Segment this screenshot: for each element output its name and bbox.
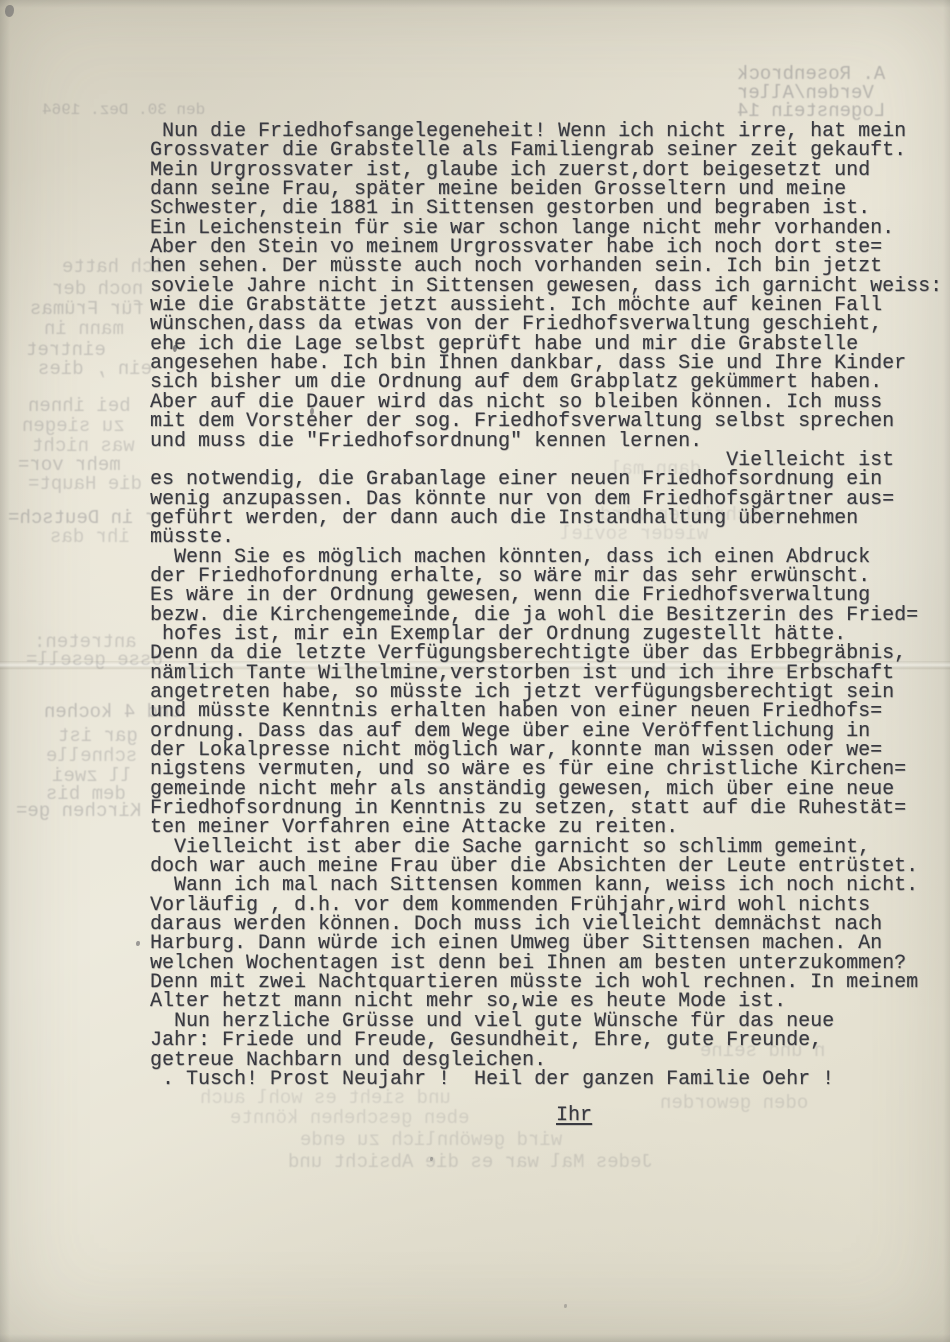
paper-edge-shadow-top: [0, 0, 950, 8]
letter-line: es notwendig, die Grabanlage einer neuen…: [150, 470, 942, 489]
letter-line: Es wäre in der Ordnung gewesen, wenn die…: [150, 586, 942, 605]
letter-line: wenig anzupassen. Das könnte nur von dem…: [150, 490, 942, 509]
letter-line: Alter hetzt mann nicht mehr so,wie es he…: [150, 992, 942, 1011]
letter-line: hen sehen. Der müsste auch noch vorhande…: [150, 257, 942, 276]
bleed-fragment: mann in: [44, 318, 124, 340]
letter-line: nigstens vermuten, und so wäre es für ei…: [150, 760, 942, 779]
bleed-fragment: Jedes Mal war es die Absicht und: [288, 1151, 653, 1173]
letter-line: Harburg. Dann würde ich einen Umweg über…: [150, 934, 942, 953]
letter-page: A. RosenbrockVerden/AllerLogenstein 14de…: [0, 0, 950, 1342]
signature-closing: Ihr: [556, 1104, 592, 1127]
bleed-fragment: für Frümas: [30, 298, 144, 320]
bleed-fragment: schnelle: [46, 745, 137, 767]
letter-line: . Tusch! Prost Neujahr ! Heil der ganzen…: [150, 1070, 942, 1089]
bleed-fragment: eintret: [26, 339, 106, 361]
bleed-fragment: zu siegen: [22, 415, 125, 437]
paper-edge-shadow-right: [943, 0, 950, 1342]
letter-line: wünschen,dass da etwas von der Friedhofs…: [150, 315, 942, 334]
letter-line: Grossvater die Grabstelle als Familiengr…: [150, 141, 942, 160]
bleed-fragment: was nicht: [32, 435, 135, 457]
letter-body: Nun die Friedhofsangelegeneheit! Wenn ic…: [150, 122, 942, 1089]
letter-line: Jahr: Friede und Freude, Gesundheit, Ehr…: [150, 1031, 942, 1050]
bleed-fragment: den 30. Dez. 1964: [42, 101, 205, 119]
bleed-fragment: r in Deutsch=: [8, 507, 156, 529]
bleed-fragment: Verden/Aller: [737, 82, 874, 104]
letter-line: mit dem Vorsteher der sog. Friedhofsverw…: [150, 412, 942, 431]
letter-line: und müsste Kenntnis erhalten haben von e…: [150, 702, 942, 721]
bleed-fragment: oden geworden: [660, 1092, 808, 1114]
ink-speck: [430, 1157, 433, 1161]
bleed-fragment: gar ist: [58, 725, 138, 747]
bleed-fragment: antreten:: [34, 631, 137, 653]
bleed-fragment: noch der: [52, 278, 143, 300]
letter-line: Denn da die letzte Verfügungsberechtigte…: [150, 644, 942, 663]
letter-line: Wenn Sie es möglich machen könnten, dass…: [150, 548, 942, 567]
letter-line: müsste.: [150, 528, 942, 547]
letter-line: geführt werden, der dann auch die Instan…: [150, 509, 942, 528]
letter-line: Schwester, die 1881 in Sittensen gestorb…: [150, 199, 942, 218]
letter-line: sich bisher um die Ordnung auf dem Grabp…: [150, 373, 942, 392]
paper-edge-shadow-bottom: [0, 1334, 950, 1342]
letter-line: getreue Nachbarn und desgleichen.: [150, 1051, 942, 1070]
bleed-fragment: die Haupt=: [28, 473, 142, 495]
bleed-fragment: Kirchen ge=: [16, 800, 141, 822]
letter-line: ten meiner Vorfahren eine Attacke zu rei…: [150, 818, 942, 837]
bleed-fragment: dem bis: [46, 783, 126, 805]
letter-line: und muss die "Friedhofsordnung" kennen l…: [150, 432, 942, 451]
bleed-fragment: ein , dies: [38, 358, 152, 380]
paper-edge-shadow-left: [0, 0, 10, 1342]
bleed-fragment: A. Rosenbrock: [737, 63, 885, 85]
bleed-fragment: ihr das: [50, 526, 130, 548]
bleed-fragment: ll zwei: [52, 765, 132, 787]
bleed-fragment: eben geschehen könnte: [230, 1107, 469, 1129]
bleed-fragment: bei ihnen: [28, 395, 131, 417]
ink-speck: [564, 1304, 567, 1308]
bleed-fragment: mehr vor=: [18, 454, 121, 476]
bleed-fragment: wird gewöhnlich zu ende: [300, 1129, 562, 1151]
ink-speck: [5, 5, 14, 17]
letter-line: Wann ich mal nach Sittensen kommen kann,…: [150, 876, 942, 895]
bleed-fragment: Logenstein 14: [737, 100, 885, 122]
ink-speck: [136, 941, 140, 946]
